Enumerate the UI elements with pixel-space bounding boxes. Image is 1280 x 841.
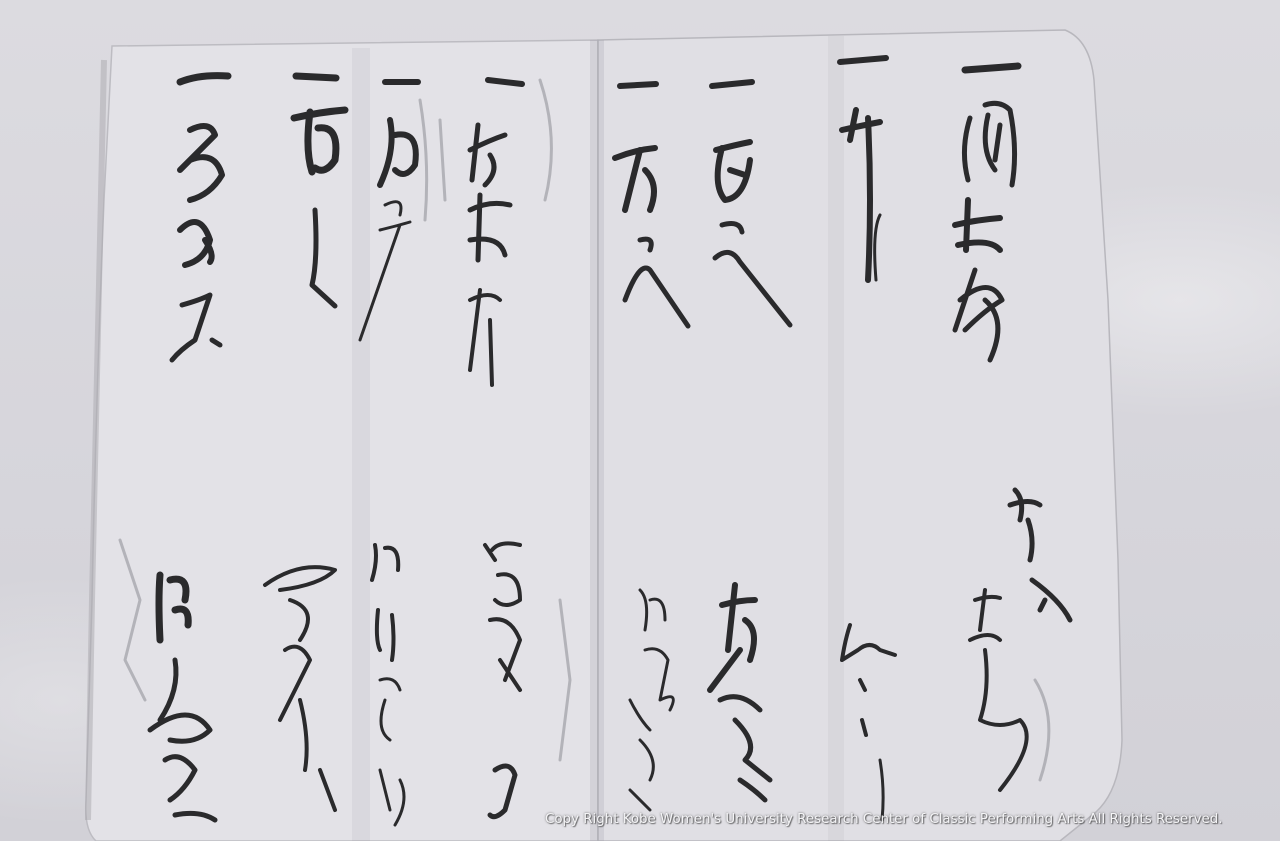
left-fold xyxy=(352,48,370,841)
document-photo: 酒壹升 同 し 百文 百文 弐百文 壹斤 百文 百 し 五百文 xyxy=(0,0,1280,841)
document-sheets xyxy=(0,0,1280,841)
right-paper-sheet xyxy=(598,30,1122,841)
right-fold xyxy=(828,36,844,841)
center-seam xyxy=(590,40,604,841)
copyright-watermark: Copy Right Kobe Women's University Resea… xyxy=(545,812,1223,827)
